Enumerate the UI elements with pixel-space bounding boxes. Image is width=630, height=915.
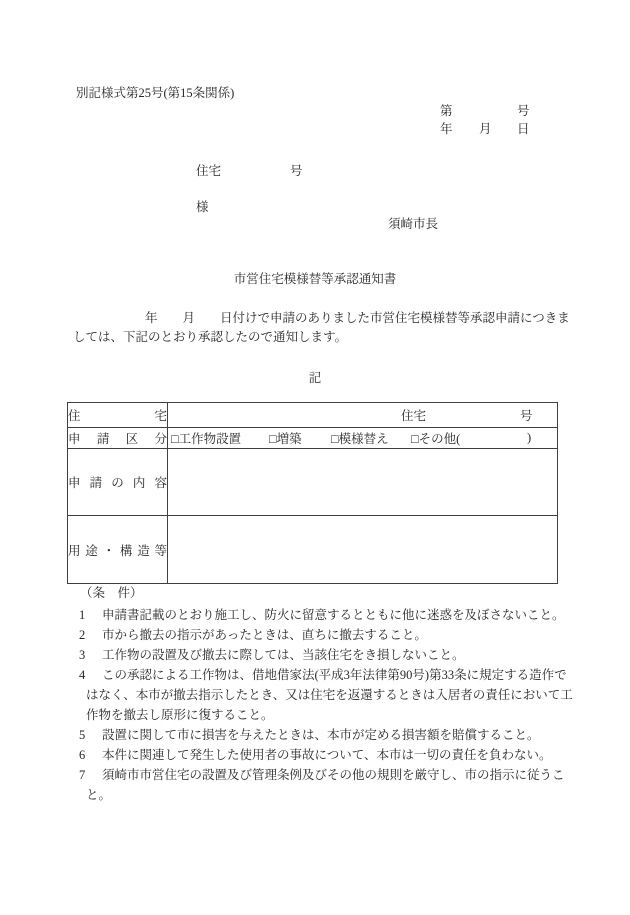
condition-text: 設置に関して市に損害を与えたときは、本市が定める損害額を賠償すること。 [102,728,540,742]
date-month-label: 月 [479,122,492,138]
option-structure[interactable]: □工作物設置 [171,429,241,447]
option-label: その他( [419,432,461,446]
condition-text: 作物を撤去し原形に復すること。 [86,705,584,725]
condition-number: 2 [79,625,102,645]
option-label: 模様替え [339,432,389,446]
condition-text: この承認による工作物は、借地借家法(平成3年法律第90号)第33条に規定する造作… [102,668,567,682]
condition-number: 1 [79,605,102,625]
date-day-label: 日 [517,122,530,138]
application-content-cell[interactable] [168,449,558,516]
body-paragraph: 年 月 日付けで申請のありました市営住宅模様替等承認申請につきま しては、下記の… [73,309,570,347]
approval-table: 住宅 住宅 号 申請区分 □工作物設置 □増築 □模様替え □その他( ) 申請… [67,402,558,584]
housing-fill-label: 住宅 [401,406,426,424]
option-remodel[interactable]: □模様替え [331,429,389,447]
condition-item: 1申請書記載のとおり施工し、防火に留意するとともに他に迷惑を及ぼさないこと。 [79,605,584,625]
issue-number-prefix: 第 [440,104,453,120]
condition-text: はなく、本市が撤去指示したとき、又は住宅を返還するときは入居者の責任において工 [86,685,584,705]
table-row: 申請区分 □工作物設置 □増築 □模様替え □その他( ) [68,428,558,449]
condition-number: 6 [79,745,102,765]
addressee-honorific: 様 [196,200,209,216]
condition-text: と。 [86,785,584,805]
condition-text: 本件に関連して発生した使用者の事故について、本市は一切の責任を負わない。 [102,748,552,762]
addressee-unit-label: 号 [290,164,303,180]
document-page: { "header": { "form_reference": "別記様式第25… [0,0,630,915]
table-row: 申請の内容 [68,449,558,516]
form-reference: 別記様式第25号(第15条関係) [76,86,234,102]
option-label: 増築 [277,432,302,446]
row-label-application-content: 申請の内容 [68,449,168,516]
record-mark: 記 [0,371,630,387]
condition-number: 7 [79,765,102,785]
option-other[interactable]: □その他( [411,429,460,447]
condition-text: 工作物の設置及び撤去に際しては、当該住宅をき損しないこと。 [102,648,465,662]
application-type-cell: □工作物設置 □増築 □模様替え □その他( ) [168,428,558,449]
conditions-list: 1申請書記載のとおり施工し、防火に留意するとともに他に迷惑を及ぼさないこと。 2… [79,605,584,805]
use-structure-cell[interactable] [168,516,558,584]
checkbox-icon[interactable]: □ [171,432,179,446]
conditions-heading: （条 件） [80,586,143,602]
condition-item: 2市から撤去の指示があったときは、直ちに撤去すること。 [79,625,584,645]
condition-item: 5設置に関して市に損害を与えたときは、本市が定める損害額を賠償すること。 [79,725,584,745]
condition-item: 6本件に関連して発生した使用者の事故について、本市は一切の責任を負わない。 [79,745,584,765]
condition-text: 申請書記載のとおり施工し、防火に留意するとともに他に迷惑を及ぼさないこと。 [102,608,565,622]
row-label-application-type: 申請区分 [68,428,168,449]
condition-item: 4この承認による工作物は、借地借家法(平成3年法律第90号)第33条に規定する造… [79,665,584,725]
condition-item: 3工作物の設置及び撤去に際しては、当該住宅をき損しないこと。 [79,645,584,665]
table-row: 用途・構造等 [68,516,558,584]
date-year-label: 年 [440,122,453,138]
other-close-paren: ) [527,431,531,446]
body-line-2: しては、下記のとおり承認したので通知します。 [73,328,570,347]
option-extension[interactable]: □増築 [269,429,302,447]
table-row: 住宅 住宅 号 [68,403,558,428]
condition-text: 須崎市市営住宅の設置及び管理条例及びその他の規則を厳守し、市の指示に従うこ [102,768,565,782]
checkbox-icon[interactable]: □ [269,432,277,446]
condition-text: 市から撤去の指示があったときは、直ちに撤去すること。 [102,628,427,642]
unit-fill-label: 号 [520,406,533,424]
checkbox-icon[interactable]: □ [331,432,339,446]
row-label-housing: 住宅 [68,403,168,428]
condition-number: 4 [79,665,102,685]
housing-value-cell[interactable]: 住宅 号 [168,403,558,428]
document-title: 市営住宅模様替等承認通知書 [0,272,630,288]
addressee-housing-label: 住宅 [196,164,221,180]
condition-number: 3 [79,645,102,665]
body-line-1: 年 月 日付けで申請のありました市営住宅模様替等承認申請につきま [73,309,570,328]
issue-number-suffix: 号 [517,104,530,120]
condition-item: 7須崎市市営住宅の設置及び管理条例及びその他の規則を厳守し、市の指示に従うこ と… [79,765,584,805]
condition-number: 5 [79,725,102,745]
sender-name: 須崎市長 [388,217,438,233]
option-label: 工作物設置 [179,432,242,446]
checkbox-icon[interactable]: □ [411,432,419,446]
row-label-use-structure: 用途・構造等 [68,516,168,584]
